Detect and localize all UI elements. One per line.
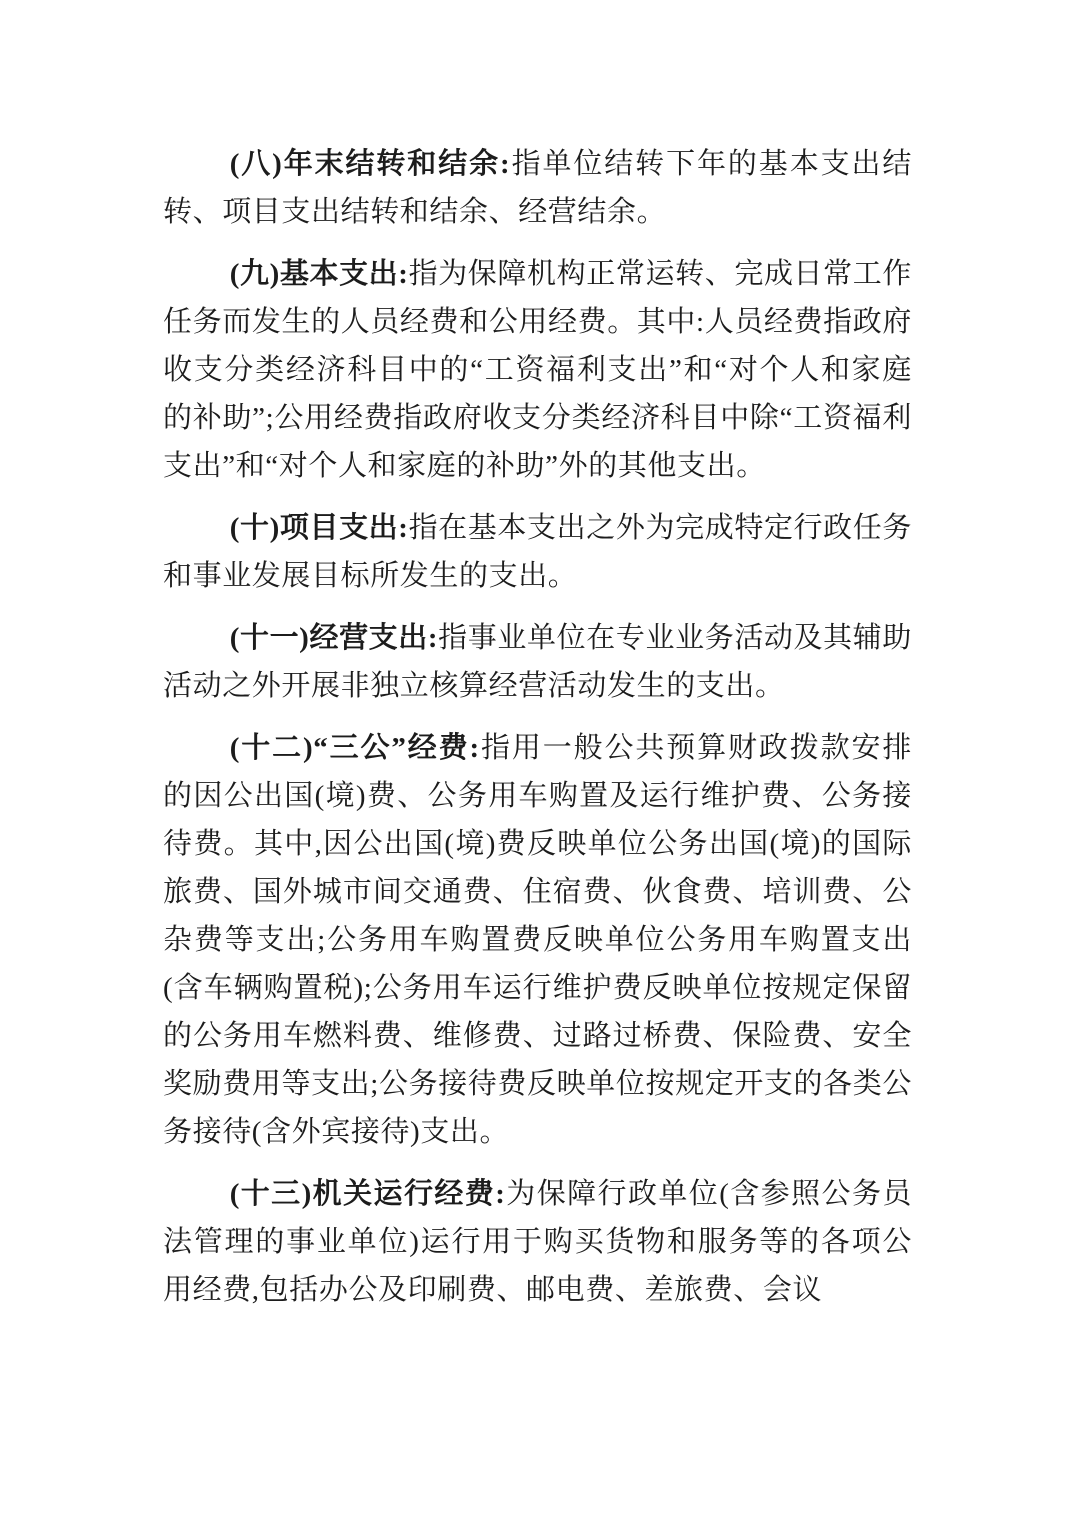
paragraph-heading: (十一)经营支出: [230,622,438,654]
document-text-block: (八)年末结转和结余:指单位结转下年的基本支出结转、项目支出结转和结余、经营结余… [163,140,912,1314]
paragraph-heading: (十三)机关运行经费: [230,1178,506,1210]
paragraph-heading: (八)年末结转和结余: [230,148,511,180]
paragraph-item-10: (十)项目支出:指在基本支出之外为完成特定行政任务和事业发展目标所发生的支出。 [163,504,912,600]
paragraph-heading: (十二)“三公”经费: [230,732,480,764]
paragraph-body: 指用一般公共预算财政拨款安排的因公出国(境)费、公务用车购置及运行维护费、公务接… [163,732,912,1148]
paragraph-heading: (九)基本支出: [230,258,409,290]
paragraph-item-11: (十一)经营支出:指事业单位在专业业务活动及其辅助活动之外开展非独立核算经营活动… [163,614,912,710]
paragraph-heading: (十)项目支出: [230,512,409,544]
paragraph-item-8: (八)年末结转和结余:指单位结转下年的基本支出结转、项目支出结转和结余、经营结余… [163,140,912,236]
paragraph-body: 指为保障机构正常运转、完成日常工作任务而发生的人员经费和公用经费。其中:人员经费… [163,258,912,482]
paragraph-item-12: (十二)“三公”经费:指用一般公共预算财政拨款安排的因公出国(境)费、公务用车购… [163,724,912,1156]
paragraph-item-13: (十三)机关运行经费:为保障行政单位(含参照公务员法管理的事业单位)运行用于购买… [163,1170,912,1314]
paragraph-item-9: (九)基本支出:指为保障机构正常运转、完成日常工作任务而发生的人员经费和公用经费… [163,250,912,490]
document-page: (八)年末结转和结余:指单位结转下年的基本支出结转、项目支出结转和结余、经营结余… [0,0,1075,1521]
